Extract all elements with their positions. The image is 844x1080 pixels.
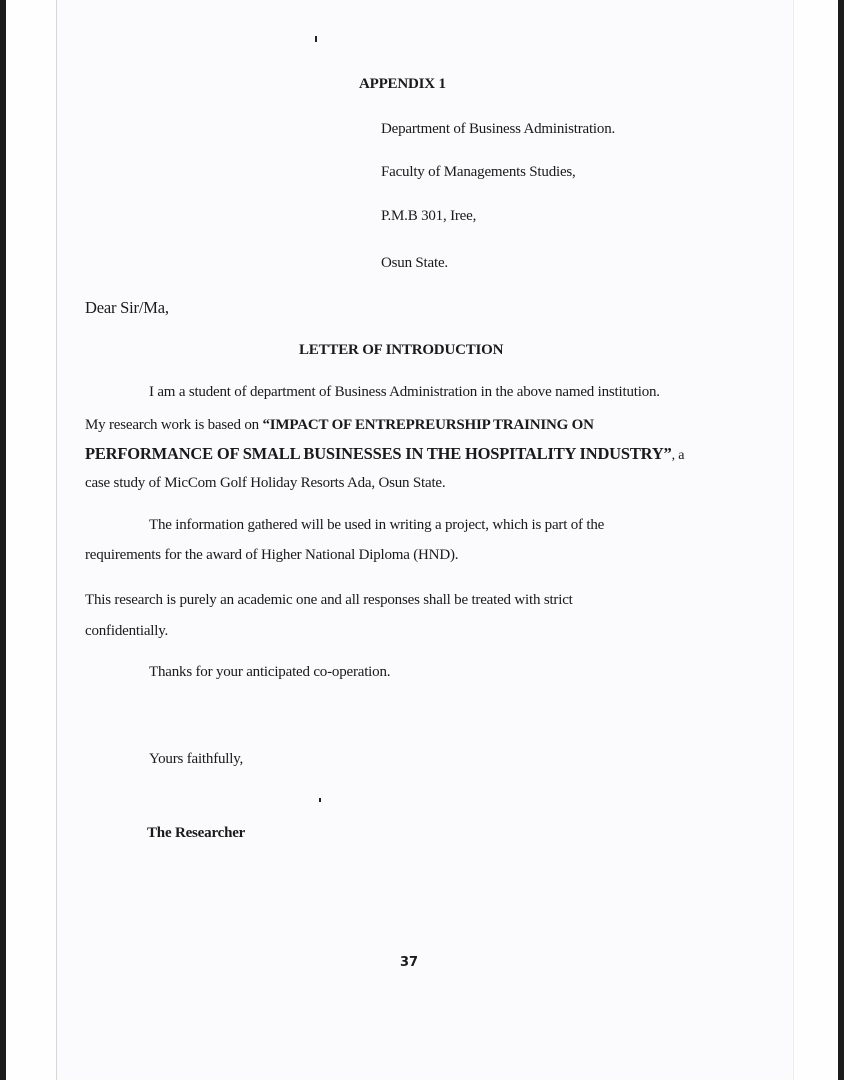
ink-speck xyxy=(315,36,317,42)
paragraph-1-line-1: I am a student of department of Business… xyxy=(149,384,660,401)
paragraph-1-line-2-text: My research work is based on xyxy=(85,417,262,433)
paragraph-3-line-2: confidentially. xyxy=(85,623,168,640)
address-line-state: Osun State. xyxy=(381,255,448,272)
scanned-page-background: APPENDIX 1 Department of Business Admini… xyxy=(6,0,838,1080)
paper-sheet: APPENDIX 1 Department of Business Admini… xyxy=(56,0,794,1080)
appendix-heading: APPENDIX 1 xyxy=(359,76,446,93)
paragraph-2-line-1: The information gathered will be used in… xyxy=(149,517,604,534)
research-topic-suffix: , a xyxy=(672,448,685,463)
closing-line: Yours faithfully, xyxy=(149,751,243,768)
paragraph-1-line-4: case study of MicCom Golf Holiday Resort… xyxy=(85,475,445,492)
address-line-pmb: P.M.B 301, Iree, xyxy=(381,208,476,225)
research-topic-part-1: “IMPACT OF ENTREPREURSHIP TRAINING ON xyxy=(262,417,593,433)
page-number: 37 xyxy=(400,955,418,970)
thanks-line: Thanks for your anticipated co-operation… xyxy=(149,664,390,681)
paragraph-3-line-1: This research is purely an academic one … xyxy=(85,592,573,609)
research-topic-part-2-text: PERFORMANCE OF SMALL BUSINESSES IN THE H… xyxy=(85,444,672,463)
paragraph-1-line-2: My research work is based on “IMPACT OF … xyxy=(85,414,594,434)
signature-line: The Researcher xyxy=(147,825,245,842)
address-line-department: Department of Business Administration. xyxy=(381,121,615,138)
salutation: Dear Sir/Ma, xyxy=(85,298,169,318)
research-topic-part-2: PERFORMANCE OF SMALL BUSINESSES IN THE H… xyxy=(85,444,684,464)
address-line-faculty: Faculty of Managements Studies, xyxy=(381,164,576,181)
ink-speck xyxy=(319,798,321,802)
letter-title: LETTER OF INTRODUCTION xyxy=(299,342,503,359)
paragraph-2-line-2: requirements for the award of Higher Nat… xyxy=(85,547,458,564)
